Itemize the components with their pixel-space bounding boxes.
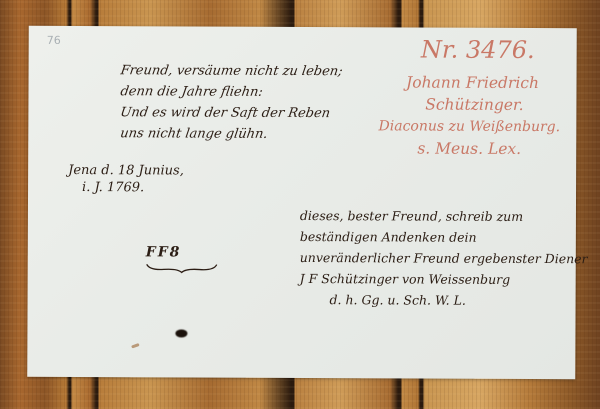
- catalog-line: Johann Friedrich: [364, 71, 574, 94]
- catalog-number: Nr. 3476.: [421, 36, 535, 64]
- catalog-line: s. Meus. Lex.: [364, 137, 574, 160]
- album-leaf: 76 Nr. 3476. Johann Friedrich Schützinge…: [27, 26, 577, 379]
- place-line: Jena d. 18 Junius,: [68, 162, 184, 180]
- catalog-line: Diaconus zu Weißenburg.: [364, 115, 574, 138]
- catalog-line: Schützinger.: [364, 93, 574, 116]
- motto-line: Freund, versäume nicht zu leben;: [119, 60, 344, 82]
- dedication-line: d. h. Gg. u. Sch. W. L.: [300, 289, 588, 311]
- date-line: i. J. 1769.: [68, 179, 184, 197]
- dedication-line: beständigen Andenken dein: [300, 226, 588, 248]
- catalog-note: Johann Friedrich Schützinger. Diaconus z…: [364, 71, 574, 160]
- dedication-line: J F Schützinger von Weissenburg: [300, 268, 588, 290]
- motto-line: uns nicht lange glühn.: [119, 123, 344, 145]
- place-and-date: Jena d. 18 Junius, i. J. 1769.: [68, 162, 184, 197]
- motto-line: Und es wird der Saft der Reben: [119, 102, 344, 124]
- ink-blot: [175, 329, 187, 337]
- flourish-brace-icon: [146, 262, 218, 274]
- motto-verse: Freund, versäume nicht zu leben; denn di…: [120, 60, 342, 145]
- motto-line: denn die Jahre fliehn:: [119, 81, 344, 103]
- dedication-line: dieses, bester Freund, schreib zum: [300, 205, 588, 227]
- dedication-line: unveränderlicher Freund ergebenster Dien…: [300, 247, 588, 269]
- dedication: dieses, bester Freund, schreib zum bestä…: [300, 205, 588, 311]
- fine-mark: FF8: [146, 244, 182, 260]
- pencil-note: 76: [47, 34, 61, 47]
- paper-stain: [131, 343, 140, 349]
